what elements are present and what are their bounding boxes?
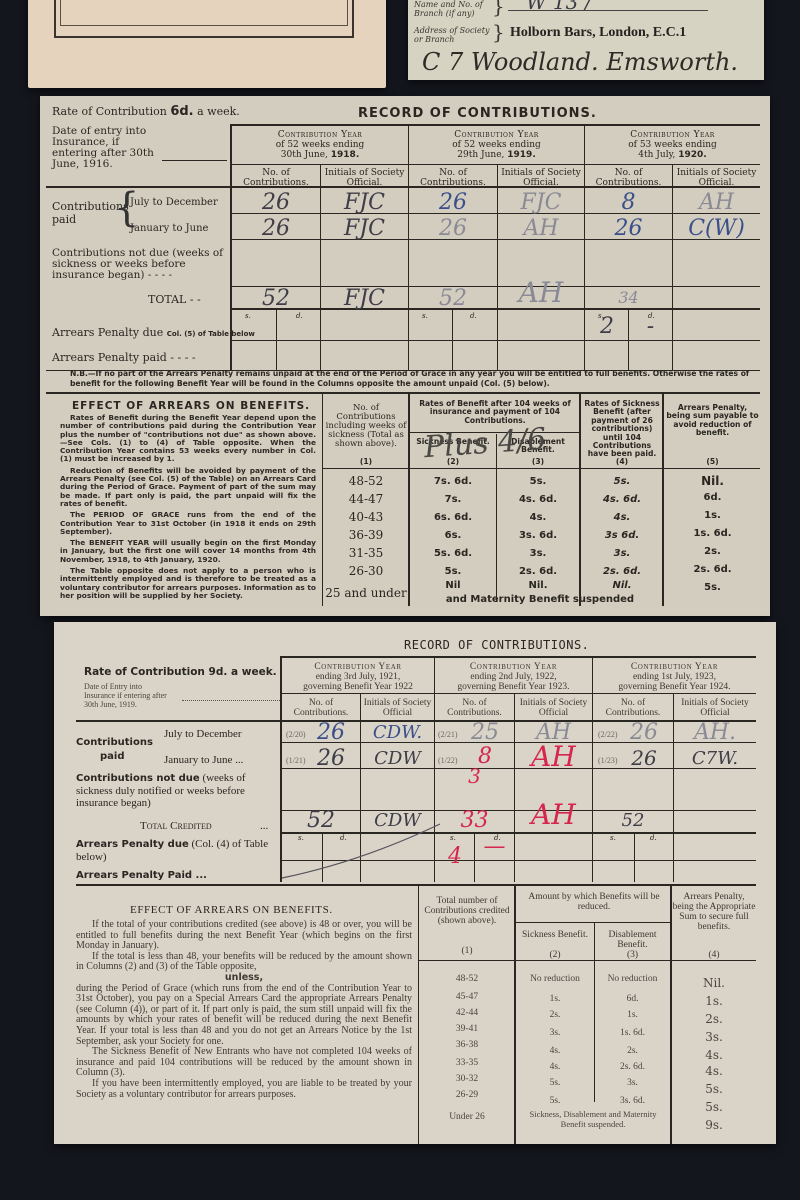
- branch-value: W 13 /: [526, 0, 591, 14]
- table-top-border: [280, 656, 756, 658]
- range: 45-47: [420, 992, 514, 1002]
- col-header-initials: Initials of Society Official.: [321, 168, 408, 188]
- range: Under 26: [420, 1112, 514, 1122]
- table-top-border: [230, 124, 760, 126]
- disablement-rate: Nil.: [497, 580, 579, 591]
- sickness-rate: 7s. 6d.: [410, 476, 496, 487]
- arrears-penalty: 3s.: [672, 1030, 756, 1044]
- not-due-label: Contributions not due (weeks of sickness…: [76, 772, 276, 809]
- year-line2: of 52 weeks ending: [409, 140, 584, 150]
- entry-1920-jan-jun-init: C(W): [673, 216, 760, 241]
- rate-of-contribution: Rate of Contribution 6d. a week.: [52, 104, 240, 119]
- penalty-due-text: Arrears Penalty due: [52, 326, 163, 339]
- sd-divider: [634, 833, 635, 882]
- effect-text: If the total of your contributions credi…: [76, 920, 412, 1100]
- tbl-divider: [323, 468, 760, 469]
- col-num: (1): [420, 946, 514, 956]
- rate-value: 6d.: [170, 104, 193, 119]
- year-heading: Contribution Year: [435, 662, 592, 672]
- col-header-no: No. of Contributions.: [282, 698, 360, 718]
- disablement-reduction: 2s. 6d.: [595, 1062, 670, 1072]
- d-label: d.: [494, 834, 501, 842]
- col-header-no: No. of Contributions.: [409, 168, 497, 188]
- effect-paragraph: during the Period of Grace (which runs f…: [76, 984, 412, 1048]
- range: 33-35: [420, 1058, 514, 1068]
- year-line3: governing Benefit Year 1922: [282, 682, 434, 692]
- card-title: RECORD OF CONTRIBUTIONS.: [358, 106, 597, 121]
- col-divider: [584, 124, 585, 370]
- effect-paragraph: Reduction of Benefits will be avoided by…: [60, 467, 316, 508]
- address-value: Holborn Bars, London, E.C.1: [510, 25, 686, 41]
- arrears-penalty: 6d.: [665, 492, 760, 503]
- lower-divider: [418, 886, 419, 1144]
- stamp-fraction: (1/23): [598, 756, 618, 765]
- stamp-fraction: (1/21): [286, 756, 306, 765]
- arrears-penalty: 1s.: [665, 510, 760, 521]
- stamp-fraction: (2/21): [438, 730, 458, 739]
- arrears-penalty: 1s. 6d.: [665, 528, 760, 539]
- sickness-rate: 7s.: [410, 494, 496, 505]
- contribution-card-1919: RECORD OF CONTRIBUTIONS. Rate of Contrib…: [54, 622, 776, 1144]
- sickness-reduction: 4s.: [516, 1046, 594, 1056]
- year-header-1919: Contribution Year of 52 weeks ending 29t…: [409, 130, 584, 160]
- col-divider: [408, 124, 409, 370]
- effect-title: EFFECT OF ARREARS ON BENEFITS.: [130, 904, 333, 916]
- date-entry-line: [182, 700, 282, 701]
- year-header-1920: Contribution Year of 53 weeks ending 4th…: [585, 130, 760, 160]
- entry-1921-jul-dec-init: CDW.: [361, 722, 434, 743]
- penalty-due-ref: Col. (5) of Table below: [167, 330, 255, 338]
- year-header-1918: Contribution Year of 52 weeks ending 30t…: [232, 130, 408, 160]
- date-entry-line: [162, 160, 227, 161]
- sickness-104-rate: 3s.: [582, 548, 662, 559]
- col-header-initials: Initials of Society Official: [361, 698, 434, 718]
- entry-1919-total-no: 52: [409, 286, 497, 311]
- entry-1918-total-init: FJC: [321, 286, 408, 311]
- sickness-rate: 5s.: [410, 566, 496, 577]
- contributions-label: Contributions: [76, 736, 153, 749]
- row-divider: [282, 693, 756, 694]
- entry-1919-jan-jun-no: 26: [409, 216, 497, 241]
- entry-1922-jan-jun-init: AH: [515, 740, 592, 773]
- arrears-penalty: 9s.: [672, 1118, 756, 1132]
- top-left-card: [28, 0, 386, 88]
- date-of-entry-label: Date of Entry into Insurance if entering…: [84, 682, 174, 709]
- brace: }: [492, 20, 505, 44]
- rate-suffix: a week.: [197, 105, 240, 118]
- entry-1921-jul-dec-no: 26: [304, 720, 358, 745]
- handwritten-address: C 7 Woodland. Emsworth.: [422, 48, 738, 76]
- entry-1922-not-due: 3: [435, 764, 514, 788]
- sickness-reduction: 5s.: [516, 1096, 594, 1106]
- penalty-paid-label: Arrears Penalty paid - - - -: [52, 351, 196, 364]
- range: 26-30: [324, 564, 408, 578]
- not-due-bold: Contributions not due: [76, 773, 200, 784]
- s-label: s.: [450, 834, 456, 842]
- col-num: (4): [672, 950, 756, 960]
- branch-label: Name and No. of Branch (if any): [414, 0, 484, 18]
- arrears-penalty: 2s.: [665, 546, 760, 557]
- col23-header: Amount by which Benefits will be reduced…: [518, 892, 670, 912]
- not-due-label: Contributions not due (weeks of sickness…: [52, 248, 224, 281]
- range: 48-52: [420, 974, 514, 984]
- year-heading: Contribution Year: [232, 130, 408, 140]
- disablement-reduction: 2s.: [595, 1046, 670, 1056]
- effect-paragraph: Rates of Benefit during the Benefit Year…: [60, 414, 316, 464]
- paid-text: paid: [100, 751, 125, 762]
- effect-paragraph: The Sickness Benefit of New Entrants who…: [76, 1047, 412, 1079]
- range: 31-35: [324, 546, 408, 560]
- entry-1918-jul-dec-init: FJC: [321, 190, 408, 215]
- suspended-note: Sickness, Disablement and Maternity Bene…: [520, 1110, 666, 1129]
- sickness-reduction: No reduction: [516, 974, 594, 984]
- arrears-penalty: 5s.: [665, 582, 760, 593]
- s-label: s.: [245, 312, 251, 320]
- jul-dec-label: July to December: [164, 728, 242, 741]
- sickness-104-rate: 4s.: [582, 512, 662, 523]
- col-header-no: No. of Contributions.: [232, 168, 320, 188]
- top-right-card: Name and No. of Branch (if any) } W 13 /…: [408, 0, 764, 80]
- brace: }: [492, 0, 505, 18]
- year-header-1921: Contribution Year ending 3rd July, 1921,…: [282, 662, 434, 692]
- effect-paragraph: If you have been intermittently employed…: [76, 1079, 412, 1100]
- year-heading: Contribution Year: [593, 662, 756, 672]
- sickness-104-rate: 3s 6d.: [582, 530, 662, 541]
- disablement-reduction: No reduction: [595, 974, 670, 984]
- col-header-no: No. of Contributions.: [593, 698, 673, 718]
- disablement-rate: 4s. 6d.: [497, 494, 579, 505]
- sickness-reduction: 4s.: [516, 1062, 594, 1072]
- sickness-rate: 6s. 6d.: [410, 512, 496, 523]
- total-credited-label: Total Credited: [140, 820, 212, 833]
- s-label: s.: [610, 834, 616, 842]
- year-line2: of 53 weeks ending: [585, 140, 760, 150]
- effect-text: Rates of Benefit during the Benefit Year…: [60, 414, 316, 603]
- tbl-divider: [579, 394, 581, 606]
- entry-1918-jul-dec-no: 26: [232, 190, 320, 215]
- date-of-entry-label: Date of entry into Insurance, if enterin…: [52, 126, 162, 170]
- effect-paragraph: The PERIOD OF GRACE runs from the end of…: [60, 511, 316, 536]
- row-divider: [232, 340, 760, 341]
- sickness-reduction: 1s.: [516, 994, 594, 1004]
- disablement-reduction: 6d.: [595, 994, 670, 1004]
- year-line2: of 52 weeks ending: [232, 140, 408, 150]
- sickness-reduction: 3s.: [516, 1028, 594, 1038]
- d-label: d.: [470, 312, 477, 320]
- arrears-penalty: 2s.: [672, 1012, 756, 1026]
- col3-header: Disablement Benefit.: [595, 930, 670, 950]
- entry-1920-total-no: 34: [585, 288, 672, 307]
- sickness-reduction: 5s.: [516, 1078, 594, 1088]
- card-title: RECORD OF CONTRIBUTIONS.: [404, 638, 589, 652]
- year-line2: ending 2nd July, 1922,: [435, 672, 592, 682]
- effect-paragraph: If the total of your contributions credi…: [76, 920, 412, 952]
- sickness-104-rate: 5s.: [582, 476, 662, 487]
- lower-divider: [516, 922, 670, 923]
- entry-1920-jul-dec-init: AH: [673, 190, 760, 215]
- arrears-penalty: 4s.: [672, 1064, 756, 1078]
- year-heading: Contribution Year: [585, 130, 760, 140]
- disablement-reduction: 1s.: [595, 1010, 670, 1020]
- suspended-note: and Maternity Benefit suspended: [430, 594, 650, 605]
- entry-1918-jan-jun-init: FJC: [321, 216, 408, 241]
- year-heading: Contribution Year: [409, 130, 584, 140]
- year-value: 1919.: [507, 150, 535, 160]
- sd-divider: [276, 309, 277, 370]
- effect-paragraph: The BENEFIT YEAR will usually begin on t…: [60, 539, 316, 564]
- entry-1922-jul-dec-no: 25: [458, 720, 512, 745]
- entry-1920-jul-dec-no: 8: [585, 190, 672, 215]
- col-header-no: No. of Contributions.: [435, 698, 514, 718]
- arrears-penalty: 2s. 6d.: [665, 564, 760, 575]
- arrears-penalty: 5s.: [672, 1082, 756, 1096]
- s-label: s.: [422, 312, 428, 320]
- d-label: d.: [650, 834, 657, 842]
- d-label: d.: [340, 834, 347, 842]
- entry-1923-jan-jun-no: 26: [616, 746, 672, 770]
- col1-header: No. of Contributions including weeks of …: [324, 404, 408, 449]
- range: 30-32: [420, 1074, 514, 1084]
- year-line3: 29th June,: [457, 150, 504, 160]
- year-value: 1920.: [678, 150, 706, 160]
- arrears-penalty: Nil.: [665, 474, 760, 488]
- paid-label: paid: [100, 750, 125, 763]
- jul-dec-label: July to December: [130, 196, 218, 209]
- range: 44-47: [324, 492, 408, 506]
- year-line3: 4th July,: [638, 150, 675, 160]
- tbl-divider: [322, 394, 323, 606]
- s-label: s.: [298, 834, 304, 842]
- entry-1919-jan-jun-init: AH: [498, 216, 584, 241]
- sickness-rate: Nil: [410, 580, 496, 591]
- year-header-1923: Contribution Year ending 1st July, 1923,…: [593, 662, 756, 692]
- range: 25 and under: [324, 586, 408, 600]
- range: 40-43: [324, 510, 408, 524]
- year-value: 1918.: [331, 150, 359, 160]
- sickness-rate: 6s.: [410, 530, 496, 541]
- col-header-initials: Initials of Society Official: [515, 698, 592, 718]
- range: 36-39: [324, 528, 408, 542]
- entry-1919-jul-dec-no: 26: [409, 190, 497, 215]
- stamp-fraction: (2/20): [286, 730, 306, 739]
- penalty-due-label: Arrears Penalty due Col. (5) of Table be…: [52, 326, 255, 341]
- lower-divider: [419, 960, 756, 961]
- col-num: (3): [595, 950, 670, 960]
- entry-1923-jul-dec-init: AH.: [674, 720, 756, 745]
- range: 26-29: [420, 1090, 514, 1100]
- col-header-initials: Initials of Society Official.: [498, 168, 584, 188]
- year-line2: ending 1st July, 1923,: [593, 672, 756, 682]
- arrears-penalty: Nil.: [672, 976, 756, 990]
- disablement-rate: 5s.: [497, 476, 579, 487]
- year-header-1922: Contribution Year ending 2nd July, 1922,…: [435, 662, 592, 692]
- col-num: (2): [516, 950, 594, 960]
- jan-jun-label: January to June: [130, 222, 208, 235]
- d-label: d.: [296, 312, 303, 320]
- range: 39-41: [420, 1024, 514, 1034]
- nb-divider: [46, 392, 760, 394]
- col-header-initials: Initials of Society Official.: [673, 168, 760, 188]
- s-label: s.: [598, 312, 604, 320]
- entry-1921-jan-jun-init: CDW: [361, 748, 434, 769]
- year-line2: ending 3rd July, 1921,: [282, 672, 434, 682]
- branch-underline: [508, 10, 708, 11]
- entry-1920-penalty-s: 2: [586, 314, 628, 339]
- contribution-card-1916: Rate of Contribution 6d. a week. RECORD …: [40, 96, 770, 616]
- entry-1921-jan-jun-no: 26: [304, 746, 358, 771]
- col4-header: Rates of Sickness Benefit (after payment…: [582, 400, 662, 459]
- entry-1923-jul-dec-no: 26: [616, 720, 672, 745]
- entry-1922-total-init: AH: [515, 798, 592, 831]
- rate-prefix: Rate of Contribution: [52, 105, 167, 118]
- col-header-initials: Initials of Society Official: [674, 698, 756, 718]
- nb-note: N.B.—If no part of the Arrears Penalty r…: [70, 369, 770, 389]
- row-divider: [232, 164, 760, 165]
- effect-unless: unless,: [76, 973, 412, 984]
- rate-of-contribution: Rate of Contribution 9d. a week.: [84, 666, 277, 678]
- effect-paragraph: The Table opposite does not apply to a p…: [60, 567, 316, 600]
- year-line3: governing Benefit Year 1923.: [435, 682, 592, 692]
- penalty-due-label: Arrears Penalty due (Col. (4) of Table b…: [76, 838, 276, 864]
- strike-through-line: [280, 822, 450, 882]
- range: 48-52: [324, 474, 408, 488]
- arrears-penalty: 5s.: [672, 1100, 756, 1114]
- dots: ...: [260, 820, 268, 833]
- col2-header: Sickness Benefit.: [516, 930, 594, 940]
- year-heading: Contribution Year: [282, 662, 434, 672]
- year-line3: 30th June,: [281, 150, 328, 160]
- arrears-penalty: 4s.: [672, 1048, 756, 1062]
- tbl-divider: [662, 394, 664, 606]
- col-num: (5): [665, 458, 760, 466]
- entry-1919-jul-dec-init: FJC: [498, 190, 584, 215]
- penalty-paid-text: Arrears Penalty Paid ...: [76, 870, 207, 881]
- entry-1923-total-no: 52: [593, 810, 673, 831]
- arrears-penalty: 1s.: [672, 994, 756, 1008]
- col-num: (4): [582, 458, 662, 466]
- col-header-no: No. of Contributions.: [585, 168, 672, 188]
- jan-jun-label: January to June ...: [164, 754, 243, 767]
- sd-divider: [452, 309, 453, 370]
- entry-1923-jan-jun-init: C7W.: [674, 748, 756, 769]
- effect-paragraph: If the total is less than 48, your benef…: [76, 952, 412, 973]
- col1-header: Total number of Contributions credited (…: [420, 896, 514, 926]
- sickness-rate: 5s. 6d.: [410, 548, 496, 559]
- sickness-104-rate: 4s. 6d.: [582, 494, 662, 505]
- entry-1918-jan-jun-no: 26: [232, 216, 320, 241]
- disablement-reduction: 1s. 6d.: [595, 1028, 670, 1038]
- penalty-due-bold: Arrears Penalty due: [76, 839, 189, 850]
- year-line3: governing Benefit Year 1924.: [593, 682, 756, 692]
- sickness-reduction: 2s.: [516, 1010, 594, 1020]
- disablement-rate: 3s. 6d.: [497, 530, 579, 541]
- entry-1919-total-init: AH: [498, 276, 584, 309]
- col5-header: Arrears Penalty, being sum payable to av…: [665, 404, 760, 438]
- total-label: TOTAL - -: [148, 293, 201, 306]
- row-divider: [76, 884, 756, 886]
- contributions-text: Contributions: [76, 737, 153, 748]
- stamp-fraction: (2/22): [598, 730, 618, 739]
- range: 42-44: [420, 1008, 514, 1018]
- disablement-reduction: 3s.: [595, 1078, 670, 1088]
- entry-1922-total-no: 33: [435, 808, 514, 833]
- col23-header: Rates of Benefit after 104 weeks of insu…: [412, 400, 578, 425]
- effect-title: EFFECT OF ARREARS ON BENEFITS.: [72, 400, 310, 412]
- col4-header: Arrears Penalty, being the Appropriate S…: [672, 892, 756, 932]
- sickness-104-rate: Nil.: [582, 580, 662, 591]
- col-num: (1): [324, 458, 408, 466]
- range: 36-38: [420, 1040, 514, 1050]
- disablement-reduction: 3s. 6d.: [595, 1096, 670, 1106]
- d-label: d.: [648, 312, 655, 320]
- sickness-104-rate: 2s. 6d.: [582, 566, 662, 577]
- disablement-rate: 3s.: [497, 548, 579, 559]
- entry-1918-total-no: 52: [232, 286, 320, 311]
- address-label: Address of Society or Branch: [414, 26, 494, 44]
- card-inner-frame: [60, 0, 348, 26]
- entry-1922-penalty-s: 4: [436, 844, 474, 869]
- disablement-rate: 4s.: [497, 512, 579, 523]
- contributions-paid-label: Contributions paid: [52, 200, 112, 226]
- penalty-paid-label: Arrears Penalty Paid ...: [76, 869, 207, 882]
- disablement-rate: 2s. 6d.: [497, 566, 579, 577]
- entry-1920-jan-jun-no: 26: [585, 216, 672, 241]
